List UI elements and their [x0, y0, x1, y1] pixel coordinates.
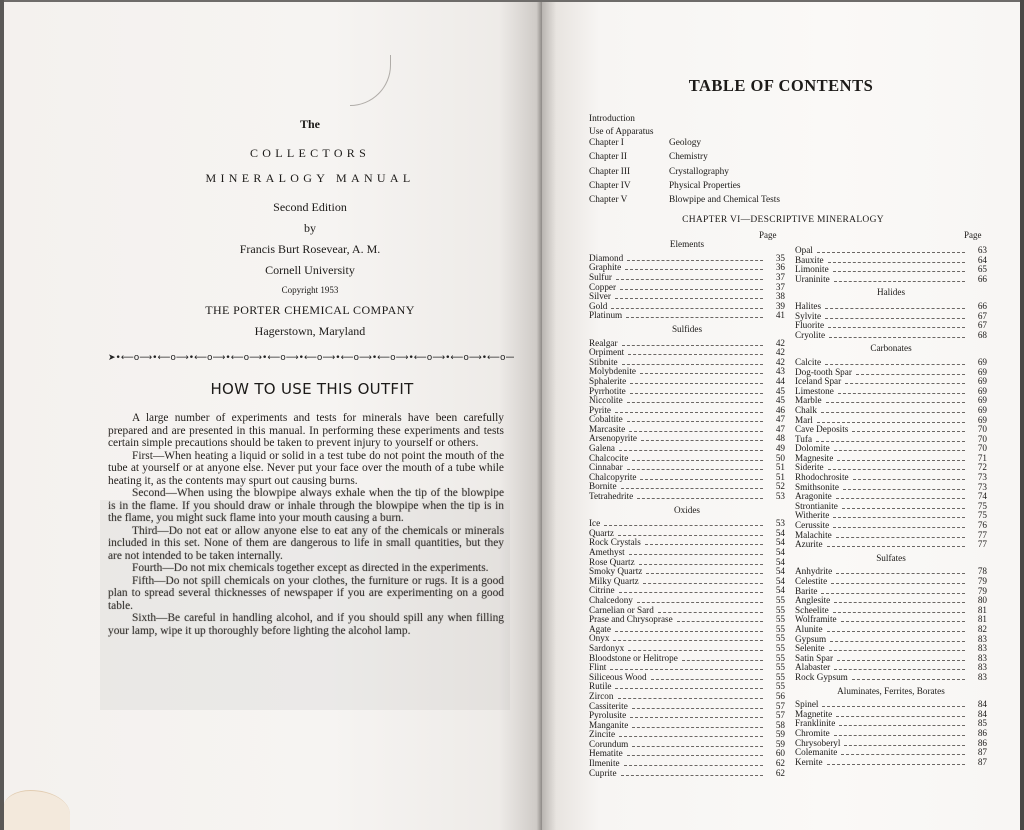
- dot-leader: [828, 469, 965, 470]
- toc-section-heading: Sulfates: [795, 554, 987, 564]
- page-number: 62: [771, 769, 785, 779]
- toc-label: Chapter II: [589, 150, 669, 164]
- dot-leader: [624, 765, 763, 766]
- toc-section-heading: Halides: [795, 288, 987, 298]
- dot-leader: [630, 383, 763, 384]
- mineral-name: Uraninite: [795, 275, 834, 285]
- page-number: 77: [973, 540, 987, 550]
- author: Francis Burt Rosevear, A. M.: [170, 242, 450, 257]
- intro-paragraph: A large number of experiments and tests …: [108, 412, 504, 450]
- title-article: The: [170, 117, 450, 132]
- mineral-name: Cuprite: [589, 769, 621, 779]
- instructions-body: A large number of experiments and tests …: [108, 412, 504, 637]
- toc-row: Chapter IIChemistry: [589, 150, 789, 164]
- dot-leader: [822, 706, 965, 707]
- rule-first: First—When heating a liquid or solid in …: [108, 450, 504, 488]
- toc-entry: Niccolite45: [589, 396, 785, 406]
- dot-leader: [825, 364, 965, 365]
- toc-entry: Bloodstone or Helitrope55: [589, 654, 785, 664]
- dot-leader: [830, 641, 965, 642]
- page-number: 68: [973, 331, 987, 341]
- dot-leader: [836, 498, 965, 499]
- dot-leader: [837, 460, 965, 461]
- toc-topic: Blowpipe and Chemical Tests: [669, 193, 780, 207]
- page-number: 83: [973, 673, 987, 683]
- dot-leader: [829, 650, 965, 651]
- mineral-name: Kernite: [795, 758, 827, 768]
- page-number: 41: [771, 311, 785, 321]
- ornamental-divider: ➤•⟵o⟶•⟵o⟶•⟵o⟶•⟵o⟶•⟵o⟶•⟵o⟶•⟵o⟶•⟵o⟶•⟵o⟶•⟵o…: [108, 353, 514, 363]
- dot-leader: [658, 612, 763, 613]
- dot-leader: [628, 354, 763, 355]
- dot-leader: [622, 345, 763, 346]
- dot-leader: [841, 754, 965, 755]
- toc-entry: Azurite77: [795, 540, 987, 550]
- dot-leader: [627, 421, 763, 422]
- toc-section-heading: Aluminates, Ferrites, Borates: [795, 687, 987, 697]
- dot-leader: [836, 716, 965, 717]
- toc-entry: Cuprite62: [589, 769, 785, 779]
- dot-leader: [834, 669, 965, 670]
- publisher-location: Hagerstown, Maryland: [170, 324, 450, 339]
- dot-leader: [615, 412, 763, 413]
- toc-entry: Marble69: [795, 396, 987, 406]
- mineral-name: Rock Gypsum: [795, 673, 852, 683]
- dot-leader: [834, 450, 965, 451]
- dot-leader: [833, 517, 965, 518]
- dot-leader: [640, 373, 763, 374]
- university: Cornell University: [170, 263, 450, 278]
- book-spread: The COLLECTORS MINERALOGY MANUAL Second …: [0, 0, 1024, 830]
- page-column-header: Page: [964, 230, 982, 240]
- toc-entry: Milky Quartz54: [589, 577, 785, 587]
- mineral-name: Cryolite: [795, 331, 829, 341]
- dot-leader: [843, 489, 965, 490]
- toc-entry: Malachite77: [795, 531, 987, 541]
- dot-leader: [834, 602, 965, 603]
- dot-leader: [627, 469, 763, 470]
- dot-leader: [842, 508, 965, 509]
- toc-entry: Limestone69: [795, 387, 987, 397]
- chapter-heading: CHAPTER VI—DESCRIPTIVE MINERALOGY: [542, 215, 1022, 225]
- by-line: by: [170, 221, 450, 236]
- dot-leader: [618, 535, 763, 536]
- dot-leader: [827, 631, 965, 632]
- dot-leader: [616, 279, 763, 280]
- toc-entry: Opal63: [795, 246, 987, 256]
- title-line-1: COLLECTORS: [170, 146, 450, 161]
- dot-leader: [629, 431, 763, 432]
- dot-leader: [627, 260, 763, 261]
- dot-leader: [825, 318, 965, 319]
- dot-leader: [619, 592, 763, 593]
- dot-leader: [621, 488, 763, 489]
- dot-leader: [632, 708, 763, 709]
- toc-row: Chapter VBlowpipe and Chemical Tests: [589, 193, 789, 207]
- dot-leader: [637, 498, 763, 499]
- dot-leader: [828, 262, 965, 263]
- dot-leader: [845, 383, 965, 384]
- dot-leader: [836, 537, 965, 538]
- dot-leader: [620, 289, 763, 290]
- dot-leader: [837, 660, 965, 661]
- toc-entry: Ilmenite62: [589, 759, 785, 769]
- dot-leader: [610, 669, 763, 670]
- toc-topic: Crystallography: [669, 165, 729, 179]
- dot-leader: [831, 583, 965, 584]
- dot-leader: [646, 573, 763, 574]
- toc-entry: Sulfur37: [589, 273, 785, 283]
- dot-leader: [632, 727, 763, 728]
- toc-entry: Celestite79: [795, 577, 987, 587]
- toc-entry: Copper37: [589, 283, 785, 293]
- dot-leader: [641, 440, 763, 441]
- dot-leader: [626, 317, 763, 318]
- mineral-name: Tetrahedrite: [589, 492, 637, 502]
- dot-leader: [853, 479, 965, 480]
- dot-leader: [834, 281, 965, 282]
- toc-entry: Halites66: [795, 302, 987, 312]
- edition: Second Edition: [170, 200, 450, 215]
- title-line-2: MINERALOGY MANUAL: [170, 171, 450, 186]
- dot-leader: [677, 621, 763, 622]
- publisher: THE PORTER CHEMICAL COMPANY: [170, 303, 450, 318]
- rule-fifth: Fifth—Do not spill chemicals on your clo…: [108, 575, 504, 613]
- dot-leader: [604, 525, 763, 526]
- dot-leader: [615, 688, 763, 689]
- dot-leader: [622, 364, 763, 365]
- dot-leader: [621, 775, 763, 776]
- toc-row: Introduction: [589, 112, 789, 126]
- dot-leader: [816, 441, 965, 442]
- copyright: Copyright 1953: [170, 285, 450, 295]
- dot-leader: [632, 460, 763, 461]
- dot-leader: [828, 327, 965, 328]
- toc-section-heading: Sulfides: [589, 325, 785, 335]
- dot-leader: [637, 602, 763, 603]
- toc-section-heading: Carbonates: [795, 344, 987, 354]
- dot-leader: [645, 544, 763, 545]
- dot-leader: [651, 679, 763, 680]
- toc-entry: Prase and Chrysoprase55: [589, 615, 785, 625]
- dot-leader: [630, 717, 763, 718]
- dot-leader: [629, 554, 763, 555]
- dot-leader: [821, 593, 965, 594]
- toc-entry: Arsenopyrite48: [589, 434, 785, 444]
- dot-leader: [852, 431, 965, 432]
- dot-leader: [627, 755, 763, 756]
- dot-leader: [825, 308, 965, 309]
- toc-entry: Platinum41: [589, 311, 785, 321]
- toc-topic: Chemistry: [669, 150, 708, 164]
- toc-entry: Manganite58: [589, 721, 785, 731]
- toc-entry: Agate55: [589, 625, 785, 635]
- dot-leader: [826, 402, 965, 403]
- dot-leader: [613, 640, 763, 641]
- toc-section-heading: Oxides: [589, 506, 785, 516]
- dot-leader: [615, 298, 763, 299]
- dot-leader: [833, 612, 965, 613]
- dot-leader: [829, 337, 965, 338]
- toc-entry: Siliceous Wood55: [589, 673, 785, 683]
- toc-entry: Graphite36: [589, 263, 785, 273]
- dot-leader: [640, 479, 763, 480]
- toc-label: Chapter IV: [589, 179, 669, 193]
- dot-leader: [827, 546, 965, 547]
- dot-leader: [643, 583, 763, 584]
- toc-label: Chapter V: [589, 193, 669, 207]
- toc-entry: Wolframite81: [795, 615, 987, 625]
- toc-entry: Uraninite66: [795, 275, 987, 285]
- page-number: 66: [973, 275, 987, 285]
- mineral-name: Azurite: [795, 540, 827, 550]
- page-number: 87: [973, 758, 987, 768]
- dot-leader: [619, 736, 763, 737]
- toc-entry: Rock Gypsum83: [795, 673, 987, 683]
- dot-leader: [619, 450, 763, 451]
- rule-fourth: Fourth—Do not mix chemicals together exc…: [108, 562, 504, 575]
- dot-leader: [627, 402, 763, 403]
- dot-leader: [856, 374, 965, 375]
- section-title: HOW TO USE THIS OUTFIT: [110, 380, 514, 398]
- toc-entry: Chalcopyrite51: [589, 473, 785, 483]
- toc-title: TABLE OF CONTENTS: [542, 76, 1020, 96]
- toc-topic: Geology: [669, 136, 701, 150]
- toc-row: Chapter IIICrystallography: [589, 165, 789, 179]
- dot-leader: [834, 735, 965, 736]
- dot-leader: [639, 564, 763, 565]
- rule-sixth: Sixth—Be careful in handling alcohol, an…: [108, 612, 504, 637]
- toc-front-matter: Introduction Use of Apparatus Chapter IG…: [589, 112, 789, 208]
- scan-border-right: [1020, 0, 1024, 830]
- dot-leader: [682, 660, 763, 661]
- dot-leader: [836, 573, 965, 574]
- toc-entry: Tetrahedrite53: [589, 492, 785, 502]
- dot-leader: [838, 393, 965, 394]
- page-number: 53: [771, 492, 785, 502]
- toc-row: Chapter IVPhysical Properties: [589, 179, 789, 193]
- toc-entry: Rutile55: [589, 682, 785, 692]
- dot-leader: [817, 422, 965, 423]
- dot-leader: [839, 725, 965, 726]
- dot-leader: [817, 252, 965, 253]
- dot-leader: [833, 271, 965, 272]
- toc-section-heading: Elements: [589, 240, 785, 250]
- toc-entry: Chalk69: [795, 406, 987, 416]
- dot-leader: [625, 269, 763, 270]
- toc-entry: Ice53: [589, 519, 785, 529]
- dot-leader: [632, 746, 763, 747]
- toc-entry: Orpiment42: [589, 348, 785, 358]
- toc-label: Chapter III: [589, 165, 669, 179]
- dot-leader: [827, 764, 965, 765]
- toc-entry: Silver38: [589, 292, 785, 302]
- title-block: The COLLECTORS MINERALOGY MANUAL Second …: [170, 117, 450, 339]
- toc-label: Introduction: [589, 112, 789, 126]
- mineral-name: Platinum: [589, 311, 626, 321]
- dot-leader: [615, 631, 763, 632]
- dot-leader: [611, 308, 763, 309]
- toc-entry: Kernite87: [795, 758, 987, 768]
- toc-column-left: ElementsDiamond35Graphite36Sulfur37Coppe…: [589, 239, 785, 778]
- toc-topic: Physical Properties: [669, 179, 741, 193]
- toc-column-right: Opal63Bauxite64Limonite65Uraninite66Hali…: [795, 246, 987, 767]
- rule-third: Third—Do not eat or allow anyone else to…: [108, 525, 504, 563]
- toc-entry: Cave Deposits70: [795, 425, 987, 435]
- dot-leader: [618, 698, 764, 699]
- toc-entry: Cryolite68: [795, 331, 987, 341]
- toc-label: Chapter I: [589, 136, 669, 150]
- toc-entry: Colemanite87: [795, 748, 987, 758]
- dot-leader: [821, 412, 965, 413]
- dot-leader: [833, 527, 965, 528]
- dot-leader: [852, 679, 965, 680]
- dot-leader: [628, 650, 763, 651]
- rule-second: Second—When using the blowpipe always ex…: [108, 487, 504, 525]
- dot-leader: [630, 393, 763, 394]
- toc-entry: Magnesite71: [795, 454, 987, 464]
- dot-leader: [844, 745, 965, 746]
- dot-leader: [841, 621, 965, 622]
